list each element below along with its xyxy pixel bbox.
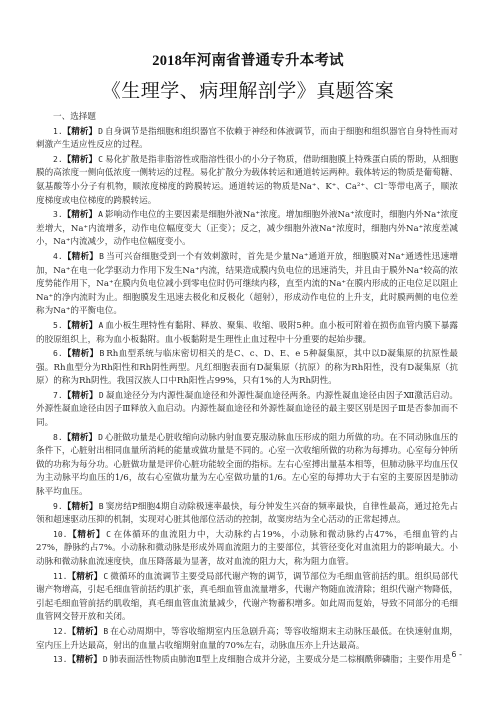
document-subtitle: 《生理学、病理解剖学》真题答案 [0,76,496,103]
answer-number: 12. [53,627,67,636]
answer-choice: D [98,433,103,442]
answer-item: 13.【精析】D肺表面活性物质由肺泡Ⅱ型上皮细胞合成并分泌，主要成分是二棕榈酰卵… [36,653,458,668]
answer-number: 7. [53,391,63,400]
analysis-tag: 【精析】 [63,252,98,262]
analysis-tag: 【精析】 [63,127,97,137]
analysis-tag: 【精析】 [67,655,101,665]
answer-number: 1. [53,127,63,136]
answer-number: 3. [53,210,63,219]
answer-number: 9. [53,502,63,511]
answer-item: 6.【精析】BRh血型系统与临床密切相关的是C、c、D、E、e 5种凝集原，其中… [36,347,458,389]
answer-item: 4.【精析】B当可兴奋细胞受到一个有效刺激时，首先是少量Na⁺通道开放，细胞膜对… [36,250,458,319]
answer-choice: C [98,155,103,164]
answer-choice: D [103,655,108,664]
analysis-tag: 【精析】 [63,502,98,512]
document-title: 2018年河南省普通专升本考试 [0,49,496,70]
section-heading: 一、选择题 [36,111,458,125]
answer-number: 4. [53,252,63,261]
page-number: - 6 - [446,650,462,659]
answer-item: 8.【精析】D心脏做功量是心脏收缩向动脉内射血要克服动脉血压形成的阻力所做的功。… [36,431,458,500]
answer-explanation: 肺表面活性物质由肺泡Ⅱ型上皮细胞合成并分泌，主要成分是二棕榈酰卵磷脂；主要作用是 [110,655,451,665]
answer-choice: D [99,391,104,400]
answer-list: 1.【精析】D自身调节是指细胞和组织器官不依赖于神经和体液调节，而由于细胞和组织… [36,125,458,668]
answer-choice: B [99,502,104,511]
answer-number: 6. [53,349,63,358]
document-page: 2018年河南省普通专升本考试 《生理学、病理解剖学》真题答案 一、选择题 1.… [0,0,496,702]
document-body: 一、选择题 1.【精析】D自身调节是指细胞和组织器官不依赖于神经和体液调节，而由… [36,111,458,668]
answer-choice: A [98,210,103,219]
answer-choice: A [98,321,103,330]
answer-item: 12.【精析】B在心动周期中，等容收缩期室内压急剧升高；等容收缩期末主动脉压最低… [36,625,458,653]
answer-number: 8. [53,433,63,442]
answer-number: 10. [53,530,67,539]
answer-item: 3.【精析】A影响动作电位的主要因素是细胞外液Na⁺浓度。增加细胞外液Na⁺浓度… [36,208,458,250]
answer-choice: B [99,252,104,261]
analysis-tag: 【精析】 [67,627,102,637]
analysis-tag: 【精析】 [63,210,97,220]
answer-item: 7.【精析】D凝血途径分为内源性凝血途径和外源性凝血途径两条。内源性凝血途径由因… [36,389,458,431]
analysis-tag: 【精析】 [63,155,97,165]
analysis-tag: 【精析】 [67,530,105,540]
answer-item: 11.【精析】C微循环的血流调节主要受局部代谢产物的调节，调节部位为毛细血管前括… [36,570,458,625]
analysis-tag: 【精析】 [63,433,97,443]
analysis-tag: 【精析】 [63,321,98,331]
answer-choice: B [99,349,104,358]
answer-item: 1.【精析】D自身调节是指细胞和组织器官不依赖于神经和体液调节，而由于细胞和组织… [36,125,458,153]
answer-number: 11. [53,572,67,581]
answer-item: 5.【精析】A血小板生理特性有黏附、释放、聚集、收缩、吸附5种。血小板可附着在损… [36,319,458,347]
answer-choice: D [98,127,103,136]
answer-choice: C [103,572,108,581]
answer-explanation: 心脏做功量是心脏收缩向动脉内射血要克服动脉血压形成的阻力所做的功。在不同动脉血压… [36,433,458,497]
answer-item: 10.【精析】C在体循环的血流阻力中，大动脉约占19%，小动脉和微动脉约占47%… [36,528,458,570]
answer-choice: B [103,627,108,636]
answer-choice: C [106,530,111,539]
answer-item: 9.【精析】B窦房结P细胞4期自动除极速率最快，每分钟发生兴奋的频率最快，自律性… [36,500,458,528]
answer-number: 2. [53,155,63,164]
answer-number: 5. [53,321,63,330]
answer-number: 13. [53,655,67,664]
analysis-tag: 【精析】 [67,572,102,582]
answer-item: 2.【精析】C易化扩散是指非脂溶性或脂溶性很小的小分子物质，借助细胞膜上特殊蛋白… [36,153,458,208]
answer-explanation: 当可兴奋细胞受到一个有效刺激时，首先是少量Na⁺通道开放，细胞膜对Na⁺通透性迅… [36,252,458,316]
analysis-tag: 【精析】 [63,391,98,401]
analysis-tag: 【精析】 [63,349,99,359]
